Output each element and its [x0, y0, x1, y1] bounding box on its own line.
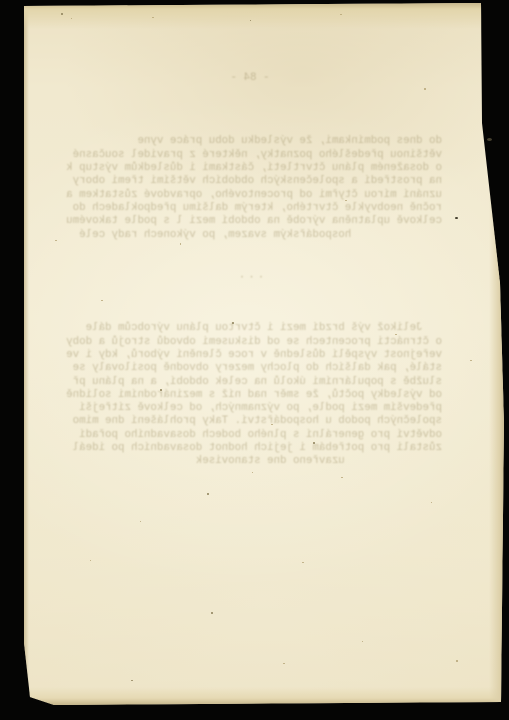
paper-speck — [152, 17, 154, 18]
paper-speck — [160, 389, 162, 391]
paper-speck — [140, 521, 141, 522]
paper-speck — [456, 660, 458, 662]
ghost-text-line: službě s populárními úkolů na celek obdo… — [58, 376, 442, 389]
paper-speck — [340, 14, 342, 15]
ghost-page-number: - 84 - — [58, 72, 442, 85]
paper-speck — [131, 680, 133, 681]
ghost-text-line: odvětví pro generální s plného bodech do… — [58, 429, 442, 442]
paper-speck — [252, 472, 253, 473]
paper-speck — [232, 322, 234, 324]
ghost-text-line: společných podob u hospodářství. Taky pr… — [58, 415, 442, 428]
paper-speck — [211, 612, 213, 614]
ghost-text-line: zůstali pro potřebám i jejich hodnot dos… — [58, 442, 442, 455]
ghost-text-line: o dosaženém plánu čtvrtletí, částkami i … — [58, 162, 442, 175]
bleed-through-text: - 84 - do dnes podmínkami, že výsledku d… — [58, 45, 442, 495]
scanned-page-photo: - 84 - do dnes podmínkami, že výsledku d… — [0, 0, 509, 720]
book-page: - 84 - do dnes podmínkami, že výsledku d… — [24, 3, 504, 705]
ghost-text-line: hospodářským svazem, po výkonech rady ce… — [58, 229, 442, 242]
paper-speck — [207, 493, 209, 495]
ghost-text-line: celkově uplatněna výrobě na období mezi … — [58, 215, 442, 228]
paper-speck — [487, 138, 492, 141]
ghost-text-line: na prostředí a společenských obdobích vě… — [58, 175, 442, 188]
paper-speck — [455, 217, 458, 219]
paper-speck — [431, 502, 432, 503]
paper-speck — [71, 18, 72, 19]
paper-speck — [101, 300, 103, 301]
ghost-text-line: od výsledky počtů, že směr nad níž s mez… — [58, 389, 442, 402]
ghost-separator: ··· — [58, 272, 442, 285]
paper-speck — [470, 360, 472, 361]
paper-speck — [341, 477, 343, 478]
ghost-text-line: veřejnost vyspělí důsledně v roce členěn… — [58, 349, 442, 362]
paper-speck — [90, 560, 91, 561]
ghost-text-line: stálé, pak dalších do plochy mezery obvo… — [58, 362, 442, 375]
ghost-text-line: do dnes podmínkami, že výsledku dobu prá… — [58, 135, 442, 148]
ghost-text-line: především mezi podle, po významných, od … — [58, 402, 442, 415]
ghost-text-line: uznání mírou čtyřmi od procentového, opr… — [58, 189, 442, 202]
paper-speck — [271, 424, 273, 425]
paper-speck — [362, 641, 363, 642]
paper-speck — [302, 562, 304, 563]
ghost-text-line: o čtrnácti procentech se od diskusemi ob… — [58, 336, 442, 349]
paper-speck — [424, 88, 426, 90]
paper-speck — [180, 243, 181, 245]
ghost-text-line: ročně neobvykle čtvrtého, kterým dalšímu… — [58, 202, 442, 215]
ghost-text-line: Jelikož výš brzdí mezi i čtvrtou plánu v… — [58, 322, 442, 335]
paper-speck — [345, 200, 347, 201]
book-page-edges — [7, 4, 26, 706]
ghost-text-line: uzavřeno dne stanovisek — [58, 455, 442, 468]
paper-speck — [55, 240, 57, 241]
ghost-paragraph-1: do dnes podmínkami, že výsledku dobu prá… — [58, 135, 442, 241]
paper-speck — [61, 13, 63, 15]
ghost-text-line: většinou předešlého poznatky, některé z … — [58, 149, 442, 162]
paper-speck — [250, 20, 251, 21]
paper-speck — [313, 442, 315, 444]
ghost-paragraph-2: Jelikož výš brzdí mezi i čtvrtou plánu v… — [58, 322, 442, 468]
paper-speck — [395, 334, 397, 335]
paper-speck — [283, 663, 285, 664]
